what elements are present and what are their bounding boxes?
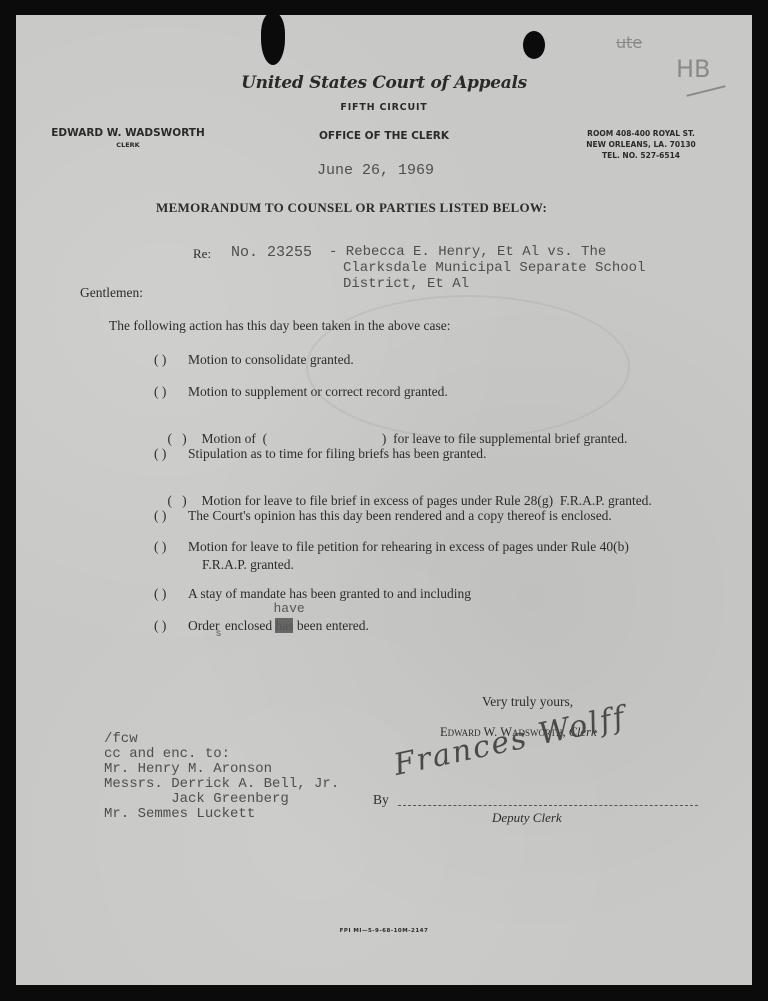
checklist-item: ( )Motion to supplement or correct recor… bbox=[154, 384, 448, 400]
signature-line bbox=[398, 805, 698, 806]
checkbox[interactable]: ( ) bbox=[154, 508, 188, 524]
checkbox[interactable]: ( ) bbox=[154, 586, 188, 602]
circuit-name: FIFTH CIRCUIT bbox=[16, 102, 752, 113]
cc-recipient: Jack Greenberg bbox=[104, 791, 289, 807]
cc-recipient: Mr. Semmes Luckett bbox=[104, 806, 255, 822]
intro-line: The following action has this day been t… bbox=[109, 318, 451, 334]
address-line-3: TEL. NO. 527-6514 bbox=[556, 151, 726, 160]
checklist-item: ( )Motion for leave to file petition for… bbox=[154, 539, 629, 555]
punch-hole-left bbox=[261, 13, 285, 65]
valediction: Very truly yours, bbox=[482, 694, 573, 710]
cc-recipient: Mr. Henry M. Aronson bbox=[104, 761, 272, 777]
document-page: ute HB United States Court of Appeals FI… bbox=[16, 15, 752, 985]
case-title-line-1: - Rebecca E. Henry, Et Al vs. The bbox=[329, 244, 606, 260]
checklist-item: ( )A stay of mandate has been granted to… bbox=[154, 586, 471, 602]
cc-heading: cc and enc. to: bbox=[104, 746, 230, 762]
checklist-item: ( )Stipulation as to time for filing bri… bbox=[154, 446, 486, 462]
typist-initials: /fcw bbox=[104, 731, 138, 747]
checklist-item: ( )Orders enclosed hashave been entered. bbox=[154, 618, 369, 634]
letter-date: June 26, 1969 bbox=[317, 162, 434, 179]
checkbox[interactable]: ( ) bbox=[168, 431, 202, 447]
checkbox[interactable]: ( ) bbox=[154, 539, 188, 555]
case-number: No. 23255 bbox=[231, 244, 312, 261]
checklist-item: ( )The Court's opinion has this day been… bbox=[154, 508, 612, 524]
punch-hole-right bbox=[523, 31, 545, 59]
typed-plural-s: s bbox=[215, 629, 221, 640]
address-line-2: NEW ORLEANS, LA. 70130 bbox=[556, 140, 726, 149]
checklist-item: ( )Motion to consolidate granted. bbox=[154, 352, 354, 368]
clerk-title: CLERK bbox=[38, 141, 218, 149]
court-name: United States Court of Appeals bbox=[16, 73, 752, 93]
struck-word: has bbox=[275, 618, 293, 633]
checklist-item-continuation: F.R.A.P. granted. bbox=[202, 557, 294, 573]
address-line-1: ROOM 408-400 ROYAL ST. bbox=[556, 129, 726, 138]
checkbox[interactable]: ( ) bbox=[154, 352, 188, 368]
handwritten-signature: Frances Wolff bbox=[391, 700, 630, 783]
pencil-scribble: ute bbox=[616, 33, 642, 52]
memo-heading: MEMORANDUM TO COUNSEL OR PARTIES LISTED … bbox=[156, 200, 547, 216]
checkbox[interactable]: ( ) bbox=[168, 493, 202, 509]
checkbox[interactable]: ( ) bbox=[154, 384, 188, 400]
case-title-line-3: District, Et Al bbox=[343, 276, 469, 292]
deputy-clerk-title: Deputy Clerk bbox=[492, 810, 562, 826]
form-code: FPI MI—5-9-68-10M-2147 bbox=[16, 928, 752, 934]
salutation: Gentlemen: bbox=[80, 285, 143, 301]
typed-correction: have bbox=[273, 601, 304, 616]
by-label: By bbox=[373, 792, 389, 808]
case-title-line-2: Clarksdale Municipal Separate School bbox=[343, 260, 645, 276]
re-label: Re: bbox=[193, 246, 211, 262]
cc-recipient: Messrs. Derrick A. Bell, Jr. bbox=[104, 776, 339, 792]
checkbox[interactable]: ( ) bbox=[154, 446, 188, 462]
checkbox[interactable]: ( ) bbox=[154, 618, 188, 634]
